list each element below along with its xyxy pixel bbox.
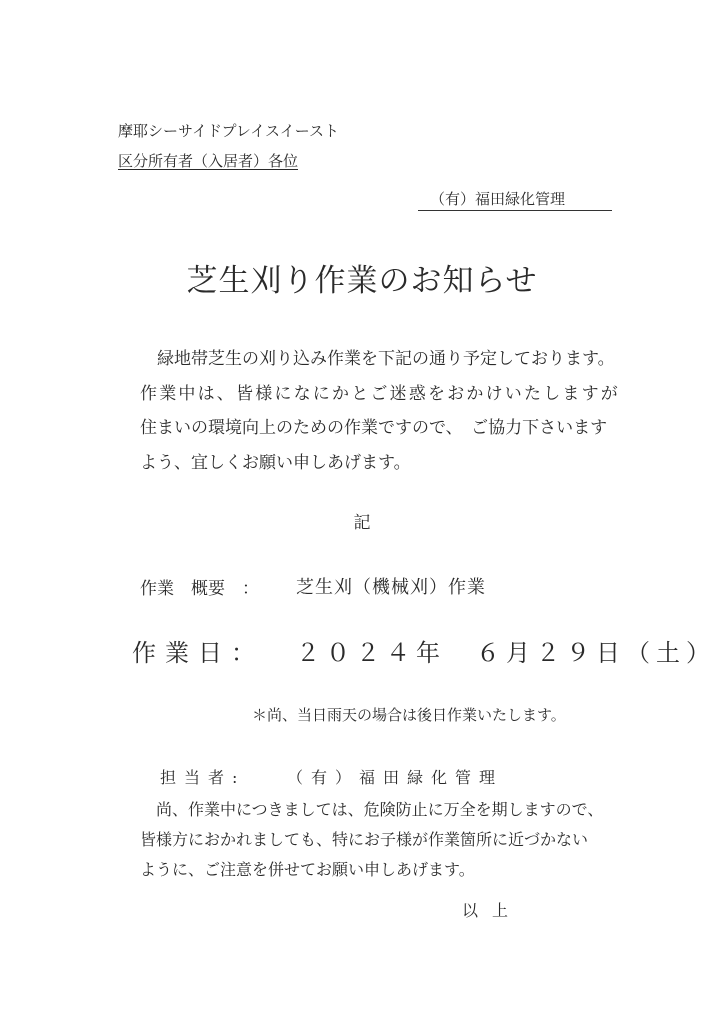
ki-heading: 記 (0, 508, 724, 533)
intro-paragraph: 緑地帯芝生の刈り込み作業を下記の通り予定しております。 作業中は、皆様になにかと… (140, 342, 620, 480)
document-title: 芝生刈り作業のお知らせ (0, 255, 724, 300)
contact-label: 担当者: (160, 765, 245, 788)
intro-line: よう、宜しくお願い申しあげます。 (140, 446, 620, 481)
closing-paragraph: 尚、作業中につきましては、危険防止に万全を期しますので、 皆様方におかれましても… (140, 795, 603, 885)
end-mark: 以上 (462, 898, 522, 921)
work-date-label: 作業日： (132, 633, 264, 668)
sender-company: （有）福田緑化管理 (418, 188, 612, 211)
work-date-value: ２０２４年 ６月２９日（土） (296, 633, 716, 668)
rain-note: ＊尚、当日雨天の場合は後日作業いたします。 (252, 704, 566, 725)
intro-line: 住まいの環境向上のための作業ですので、 ご協力下さいます (140, 411, 620, 446)
overview-value: 芝生刈（機械刈）作業 (296, 573, 486, 599)
intro-line: 作業中は、皆様になにかとご迷惑をおかけいたしますが (140, 377, 620, 412)
intro-line: 緑地帯芝生の刈り込み作業を下記の通り予定しております。 (140, 342, 620, 377)
contact-value: （有）福田緑化管理 (287, 765, 503, 788)
recipient-building: 摩耶シーサイドプレイスイースト (118, 120, 339, 141)
closing-line: 皆様方におかれましても、特にお子様が作業箇所に近づかない (140, 825, 603, 855)
overview-label: 作業 概要 ： (140, 574, 259, 599)
closing-line: 尚、作業中につきましては、危険防止に万全を期しますので、 (140, 795, 603, 825)
recipient-group: 区分所有者（入居者）各位 (118, 150, 298, 171)
closing-line: ように、ご注意を併せてお願い申しあげます。 (140, 855, 603, 885)
